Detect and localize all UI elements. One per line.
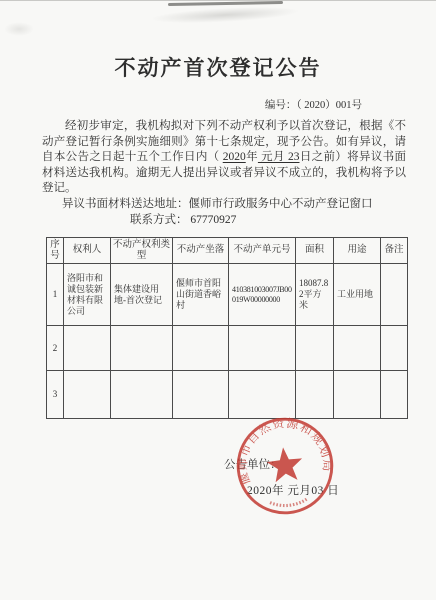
table-row: 2	[47, 326, 408, 371]
cell-area	[296, 326, 334, 371]
cell-usage	[334, 326, 381, 371]
doc-number-line: 编号：（ 2020）001号	[0, 97, 436, 112]
cell-seq: 2	[47, 326, 64, 371]
table-header-row: 序号 权利人 不动产权利类型 不动产坐落 不动产单元号 面积 用途 备注	[47, 238, 408, 264]
body-text-year-suffix: 年	[246, 151, 258, 163]
deadline-year: 2020	[223, 151, 246, 163]
cell-right-type	[111, 371, 173, 419]
deadline-month: 元月	[258, 151, 288, 163]
cell-seq: 3	[47, 371, 64, 419]
scan-artifact-smudge-light	[150, 4, 301, 26]
header-owner: 权利人	[64, 238, 111, 264]
header-unit-no: 不动产单元号	[229, 238, 296, 264]
cell-area	[296, 371, 334, 419]
cell-remark	[381, 264, 408, 326]
seal-agency-text: 偃师市自然资源和规划局	[230, 411, 336, 487]
cell-owner	[64, 371, 111, 419]
header-remark: 备注	[381, 238, 408, 264]
scan-artifact-hairline	[0, 0, 436, 1]
cell-location	[173, 326, 229, 371]
contact-phone-line: 联系方式： 67770927	[42, 213, 406, 229]
header-location: 不动产坐落	[173, 238, 229, 264]
cell-unit-no	[229, 326, 296, 371]
registration-table: 序号 权利人 不动产权利类型 不动产坐落 不动产单元号 面积 用途 备注 1 洛…	[46, 237, 408, 419]
cell-location	[173, 371, 229, 419]
page-title: 不动产首次登记公告	[0, 52, 436, 82]
cell-owner	[64, 326, 111, 371]
cell-location: 偃师市首阳山街道香峪村	[173, 264, 229, 326]
cell-unit-no: 410381003007JB00019W00000000	[229, 264, 296, 326]
announcing-unit-label: 公告单位：	[224, 456, 282, 472]
cell-right-type	[111, 326, 173, 371]
announcement-body: 经初步审定，我机构拟对下列不动产权利予以首次登记，根据《不动产登记暂行条例实施细…	[42, 119, 406, 197]
table-row: 3	[47, 371, 408, 419]
doc-number-value: （ 2020）001号	[296, 100, 362, 111]
header-usage: 用途	[334, 238, 381, 264]
cell-unit-no	[229, 371, 296, 419]
table-row: 1 洛阳市和诚包装新材料有限公司 集体建设用地-首次登记 偃师市首阳山街道香峪村…	[47, 264, 408, 326]
announcement-page: 不动产首次登记公告 编号：（ 2020）001号 经初步审定，我机构拟对下列不动…	[0, 0, 436, 600]
header-seq: 序号	[47, 238, 64, 264]
objection-address-line: 异议书面材料送达地址：偃师市行政服务中心不动产登记窗口	[42, 197, 406, 213]
cell-usage	[334, 371, 381, 419]
cell-seq: 1	[47, 264, 64, 326]
cell-owner: 洛阳市和诚包装新材料有限公司	[64, 264, 111, 326]
cell-area: 18087.82平方米	[296, 264, 334, 326]
seal-code-marks	[270, 499, 308, 508]
header-area: 面积	[296, 238, 334, 264]
cell-remark	[381, 326, 408, 371]
cell-remark	[381, 371, 408, 419]
cell-right-type: 集体建设用地-首次登记	[111, 264, 173, 326]
doc-number-label: 编号：	[265, 100, 297, 111]
header-right-type: 不动产权利类型	[111, 238, 173, 264]
scan-artifact-corner	[4, 22, 34, 36]
svg-text:偃师市自然资源和规划局: 偃师市自然资源和规划局	[230, 411, 336, 487]
cell-usage: 工业用地	[334, 264, 381, 326]
announcement-date: 2020年 元月03 日	[247, 482, 339, 498]
deadline-day: 23	[288, 151, 300, 163]
